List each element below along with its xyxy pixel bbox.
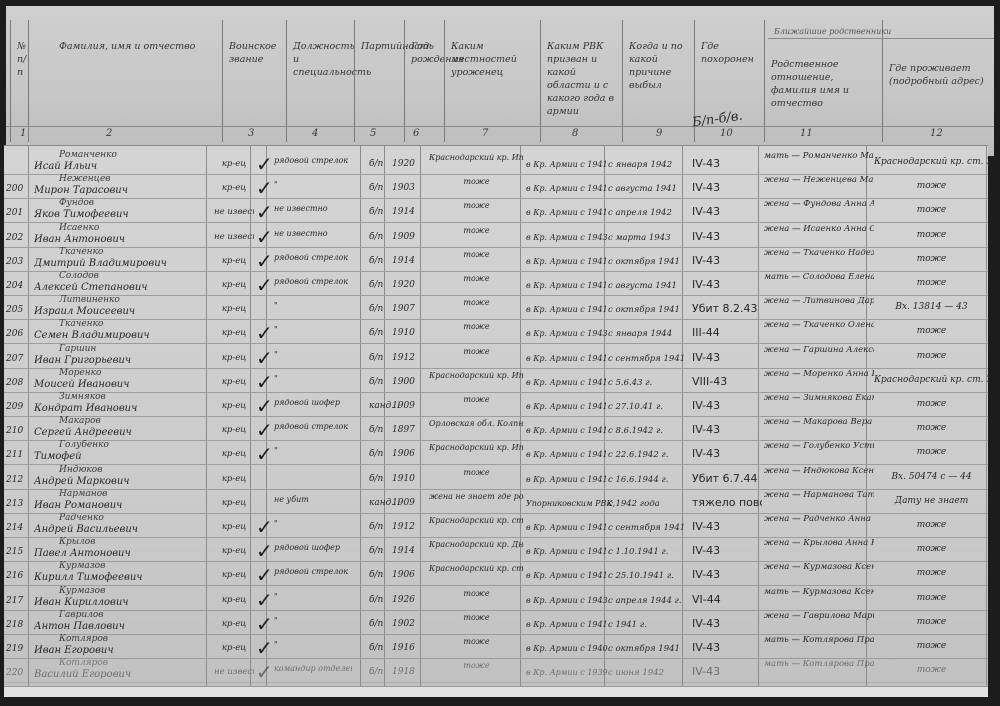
given-name: Алексей Степанович	[34, 282, 209, 293]
table-row: 204СолодовАлексей Степановичкр-ецрядовой…	[4, 271, 988, 296]
conscription: в Кр. Армии с 1941	[526, 305, 618, 314]
burial-or-fate: тяжело поводимо убит в 1942 г. Воронежск…	[692, 496, 762, 509]
military-rank: кр-ец	[214, 474, 254, 484]
check-mark-icon: ✓	[256, 321, 273, 345]
table-row: 209ЗимняковКондрат Ивановичкр-ецрядовой …	[4, 392, 988, 417]
conscription: в Кр. Армии с 1941	[526, 402, 618, 411]
check-mark-icon: ✓	[256, 660, 273, 684]
surname: Ткаченко	[59, 319, 103, 329]
relative-address: тоже	[874, 230, 989, 240]
table-row: 219КотляровИван Егоровичкр-ец"б/п1916тож…	[4, 634, 988, 659]
birthplace: Краснодарский кр. Днепровский р-н с. Ани…	[429, 540, 524, 549]
conscription: в Кр. Армии с 1941	[526, 184, 618, 193]
military-rank: кр-ец	[214, 280, 254, 290]
relative-address: тоже	[874, 423, 989, 433]
specialty: рядовой стрелок	[274, 567, 352, 576]
check-mark-icon: ✓	[256, 225, 273, 249]
birth-year: 1897	[392, 425, 430, 435]
birthplace: тоже	[429, 637, 524, 646]
dropout-date: с октября 1941	[608, 257, 688, 267]
birthplace: тоже	[429, 613, 524, 622]
header-num-4: 4	[312, 128, 318, 139]
relative-address: тоже	[874, 351, 989, 361]
sheet-bottom-edge	[4, 686, 988, 697]
conscription: в Кр. Армии с 1941	[526, 257, 618, 266]
dropout-date: с 1.10.1941 г.	[608, 547, 688, 557]
relative: мать — Романченко Марина Андреевна	[764, 151, 874, 162]
given-name: Мирон Тарасович	[34, 185, 209, 196]
dropout-date: с августа 1941	[608, 281, 688, 291]
birth-year: 1903	[392, 183, 430, 193]
relative: жена — Ткаченко Олена	[764, 320, 874, 331]
header-num-10: 10	[720, 128, 733, 139]
military-rank: кр-ец	[214, 377, 254, 387]
surname: Зимняков	[59, 392, 106, 402]
specialty: "	[274, 301, 352, 310]
relative: мать — Котлярова Прасковья	[764, 659, 874, 670]
relative: жена — Моренко Анна Романовна	[764, 369, 874, 380]
relative: жена — Крылова Анна Кирилловна	[764, 538, 874, 549]
dropout-date: с марта 1943	[608, 233, 688, 243]
military-rank: кр-ец	[214, 256, 254, 266]
relative-address: Вх. 13814 — 43	[874, 302, 989, 312]
check-mark-icon: ✓	[256, 152, 273, 176]
conscription: в Кр. Армии с 1941	[526, 450, 618, 459]
row-number: 201	[6, 208, 28, 218]
surname: Индюков	[59, 465, 102, 475]
check-mark-icon: ✓	[256, 176, 273, 200]
specialty: рядовой стрелок	[274, 277, 352, 286]
conscription: в Кр. Армии с 1941	[526, 160, 618, 169]
burial-or-fate: IV-43	[692, 617, 762, 630]
row-number: 220	[6, 668, 28, 678]
dropout-date: с 16.6.1944 г.	[608, 475, 688, 485]
birth-year: 1909	[392, 401, 430, 411]
row-number: 209	[6, 402, 28, 412]
birthplace: тоже	[429, 274, 524, 283]
burial-or-fate: IV-43	[692, 254, 762, 267]
header-col-1: № п/п	[10, 20, 28, 142]
surname: Фундов	[59, 198, 94, 208]
burial-or-fate: IV-43	[692, 665, 762, 678]
burial-or-fate: Убит 6.7.44	[692, 472, 762, 485]
relative-address: тоже	[874, 399, 989, 409]
relative-address: Краснодарский кр. ст. Засовская	[874, 375, 989, 385]
conscription: в Кр. Армии с 1943	[526, 596, 618, 605]
birthplace: Краснодарский кр. ст. Засовская	[429, 564, 524, 573]
dropout-date: с 25.10.1941 г.	[608, 571, 688, 581]
table-row: 215КрыловПавел Антоновичкр-ецрядовой шоф…	[4, 537, 988, 562]
relative-address: Вх. 50474 с — 44	[874, 472, 989, 482]
birth-year: 1906	[392, 570, 430, 580]
header-num-3: 3	[248, 128, 254, 139]
specialty: командир отделения	[274, 664, 352, 673]
check-mark-icon: ✓	[256, 370, 273, 394]
relative: мать — Курмазова Ксения Кондратьевна	[764, 587, 874, 598]
military-rank: не известно	[214, 207, 254, 217]
specialty: рядовой шофер	[274, 543, 352, 552]
conscription: Упорниковским РВК, в Кр. Армии с 1941	[526, 499, 618, 508]
birth-year: 1909	[392, 498, 430, 508]
dropout-date: с июня 1942	[608, 668, 688, 678]
relative: жена — Зимнякова Екатерина Кузьминична	[764, 393, 874, 404]
given-name: Антон Павлович	[34, 621, 209, 632]
header-num-5: 5	[370, 128, 376, 139]
birthplace: Краснодарский кр. ст. Засовская	[429, 516, 524, 525]
check-mark-icon: ✓	[256, 394, 273, 418]
row-number: 219	[6, 644, 28, 654]
specialty: "	[274, 325, 352, 334]
row-number: 205	[6, 305, 28, 315]
birth-year: 1920	[392, 280, 430, 290]
specialty: рядовой шофер	[274, 398, 352, 407]
dropout-date: с 1941 г.	[608, 620, 688, 630]
row-number: 218	[6, 620, 28, 630]
conscription: в Кр. Армии с 1941	[526, 281, 618, 290]
header-col-3: Воинское звание	[222, 20, 286, 142]
burial-or-fate: IV-43	[692, 544, 762, 557]
military-rank: кр-ец	[214, 643, 254, 653]
check-mark-icon: ✓	[256, 515, 273, 539]
table-row: 217КурмазовИван Кирилловичкр-ец"б/п1926т…	[4, 586, 988, 611]
given-name: Андрей Маркович	[34, 476, 209, 487]
header-col-6: Год рождения	[404, 20, 444, 142]
header-divider	[6, 126, 994, 127]
table-row: 208МоренкоМоисей Ивановичкр-ец"б/п1900Кр…	[4, 368, 988, 393]
relative-address: тоже	[874, 520, 989, 530]
header-num-11: 11	[800, 128, 813, 139]
header-group-relatives: Ближайшие родственники	[768, 25, 994, 39]
relative: жена — Голубенко Устинья Федоровна	[764, 441, 874, 452]
surname: Макаров	[59, 416, 101, 426]
relative-address: тоже	[874, 278, 989, 288]
header-col-7: Каким местностей уроженец	[444, 20, 540, 142]
burial-or-fate: IV-43	[692, 641, 762, 654]
table-row: 203ТкаченкоДмитрий Владимировичкр-ецрядо…	[4, 247, 988, 272]
conscription: в Кр. Армии с 1941	[526, 208, 618, 217]
military-rank: кр-ец	[214, 522, 254, 532]
header-num-7: 7	[482, 128, 488, 139]
relative-address: тоже	[874, 593, 989, 603]
specialty: не известно	[274, 204, 352, 213]
birth-year: 1914	[392, 207, 430, 217]
surname: Голубенко	[59, 440, 109, 450]
birthplace: тоже	[429, 347, 524, 356]
check-mark-icon: ✓	[256, 200, 273, 224]
dropout-date: с сентября 1941	[608, 354, 688, 364]
header-col-5: Партийность	[354, 20, 404, 142]
dropout-date: с августа 1941	[608, 184, 688, 194]
birthplace: тоже	[429, 661, 524, 670]
relative-address: тоже	[874, 447, 989, 457]
relative-address: тоже	[874, 254, 989, 264]
burial-or-fate: VIII-43	[692, 375, 762, 388]
row-number: 210	[6, 426, 28, 436]
burial-or-fate: IV-43	[692, 423, 762, 436]
relative-address: тоже	[874, 641, 989, 651]
birth-year: 1914	[392, 256, 430, 266]
birthplace: тоже	[429, 298, 524, 307]
birthplace: тоже	[429, 589, 524, 598]
surname: Романченко	[59, 150, 117, 160]
military-rank: кр-ец	[214, 328, 254, 338]
surname: Ткаченко	[59, 247, 103, 257]
table-row: 206ТкаченкоСемен Владимировичкр-ец"б/п19…	[4, 319, 988, 344]
row-number: 200	[6, 184, 28, 194]
dropout-date: с апреля 1942	[608, 208, 688, 218]
specialty: не убит	[274, 495, 352, 504]
birth-year: 1912	[392, 353, 430, 363]
check-mark-icon: ✓	[256, 588, 273, 612]
birthplace: Краснодарский кр. Ипатовский р-н ст. Зас…	[429, 443, 524, 452]
birthplace: тоже	[429, 468, 524, 477]
birth-year: 1902	[392, 619, 430, 629]
row-number: 212	[6, 475, 28, 485]
specialty: "	[274, 180, 352, 189]
given-name: Израил Моисеевич	[34, 306, 209, 317]
specialty: не известно	[274, 229, 352, 238]
check-mark-icon: ✓	[256, 273, 273, 297]
dropout-date: с 1942 года	[608, 499, 688, 509]
relative-address: тоже	[874, 205, 989, 215]
given-name: Иван Кириллович	[34, 597, 209, 608]
conscription: в Кр. Армии с 1940	[526, 644, 618, 653]
header-col-8: Каким РВК призван и какой области и с ка…	[540, 20, 622, 142]
table-row: 213НармановИван Романовичкр-ецне убиткан…	[4, 489, 988, 514]
surname: Солодов	[59, 271, 99, 281]
table-row: 200НеженцевМирон Тарасовичкр-ец"б/п1903т…	[4, 174, 988, 199]
birth-year: 1912	[392, 522, 430, 532]
surname: Неженцев	[59, 174, 111, 184]
military-rank: кр-ец	[214, 401, 254, 411]
military-rank: кр-ец	[214, 498, 254, 508]
military-rank: не известно	[214, 232, 254, 242]
birthplace: Краснодарский кр. Ипатовский р-н ст. Зас…	[429, 153, 524, 162]
birthplace: тоже	[429, 395, 524, 404]
birth-year: 1900	[392, 377, 430, 387]
surname: Радченко	[59, 513, 104, 523]
military-rank: кр-ец	[214, 353, 254, 363]
military-rank: кр-ец	[214, 183, 254, 193]
burial-or-fate: IV-43	[692, 181, 762, 194]
birthplace: тоже	[429, 322, 524, 331]
given-name: Андрей Васильевич	[34, 524, 209, 535]
relative-address: тоже	[874, 568, 989, 578]
header-num-6: 6	[413, 128, 419, 139]
table-row: 201ФундовЯков Тимофеевичне известноне из…	[4, 198, 988, 223]
military-rank: кр-ец	[214, 570, 254, 580]
birthplace: тоже	[429, 250, 524, 259]
military-rank: кр-ец	[214, 546, 254, 556]
surname: Котляров	[59, 658, 108, 668]
conscription: в Кр. Армии с 1943	[526, 233, 618, 242]
given-name: Сергей Андреевич	[34, 427, 209, 438]
conscription: в Кр. Армии с 1941	[526, 523, 618, 532]
specialty: "	[274, 592, 352, 601]
burial-or-fate: IV-43	[692, 447, 762, 460]
surname: Котляров	[59, 634, 108, 644]
relative: жена — Нарманова Татьяна Андреевна	[764, 490, 874, 501]
header-col-9: Когда и по какой причине выбыл	[622, 20, 694, 142]
check-mark-icon: ✓	[256, 563, 273, 587]
given-name: Тимофей	[34, 451, 209, 462]
burial-or-fate: III-44	[692, 326, 762, 339]
relative: жена — Радченко Анна Степановна	[764, 514, 874, 525]
dropout-date: с 8.6.1942 г.	[608, 426, 688, 436]
relative-address: тоже	[874, 544, 989, 554]
table-row: 205ЛитвиненкоИзраил Моисеевичкр-ец"б/п19…	[4, 295, 988, 320]
dropout-date: с апреля 1944 г.	[608, 596, 688, 606]
relative-address: тоже	[874, 326, 989, 336]
relative-address: тоже	[874, 665, 989, 675]
burial-or-fate: IV-43	[692, 568, 762, 581]
row-number: 207	[6, 354, 28, 364]
check-mark-icon: ✓	[256, 612, 273, 636]
relative: жена — Гаврилова Мария	[764, 611, 874, 622]
table-row: 220КотляровВасилий Егоровичне известноко…	[4, 658, 988, 683]
birthplace: тоже	[429, 201, 524, 210]
surname: Крылов	[59, 537, 95, 547]
burial-or-fate: IV-43	[692, 205, 762, 218]
dropout-date: с сентября 1941	[608, 523, 688, 533]
birth-year: 1907	[392, 304, 430, 314]
relative: жена — Индюкова Ксения Игнатьевна	[764, 466, 874, 477]
birthplace: Краснодарский кр. Ипатовский р-н ст. Зас…	[429, 371, 524, 380]
birth-year: 1914	[392, 546, 430, 556]
table-row: 216КурмазовКирилл Тимофеевичкр-ецрядовой…	[4, 561, 988, 586]
check-mark-icon: ✓	[256, 539, 273, 563]
conscription: в Кр. Армии с 1941	[526, 547, 618, 556]
relative: жена — Курмазова Ксения Кондратьевна	[764, 562, 874, 573]
military-rank: кр-ец	[214, 449, 254, 459]
row-number: 208	[6, 378, 28, 388]
given-name: Яков Тимофеевич	[34, 209, 209, 220]
dropout-date: с октября 1941	[608, 644, 688, 654]
relative: мать — Котлярова Прасковья	[764, 635, 874, 646]
burial-or-fate: IV-43	[692, 399, 762, 412]
surname: Гаврилов	[59, 610, 104, 620]
specialty: "	[274, 350, 352, 359]
birth-year: 1920	[392, 159, 430, 169]
specialty: рядовой стрелок	[274, 156, 352, 165]
given-name: Кондрат Иванович	[34, 403, 209, 414]
military-rank: кр-ец	[214, 595, 254, 605]
specialty: "	[274, 616, 352, 625]
birth-year: 1910	[392, 474, 430, 484]
row-number: 203	[6, 257, 28, 267]
surname: Курмазов	[59, 561, 105, 571]
surname: Курмазов	[59, 586, 105, 596]
row-number: 214	[6, 523, 28, 533]
row-number: 217	[6, 596, 28, 606]
header-num-8: 8	[572, 128, 578, 139]
surname: Гаршин	[59, 344, 96, 354]
given-name: Василий Егорович	[34, 669, 209, 680]
birth-year: 1909	[392, 232, 430, 242]
military-rank: не известно	[214, 667, 254, 677]
conscription: в Кр. Армии с 1941	[526, 354, 618, 363]
birth-year: 1926	[392, 595, 430, 605]
birth-year: 1906	[392, 449, 430, 459]
header-col-2: Фамилия, имя и отчество	[28, 20, 222, 142]
conscription: в Кр. Армии с 1941	[526, 378, 618, 387]
check-mark-icon: ✓	[256, 418, 273, 442]
military-rank: кр-ец	[214, 425, 254, 435]
header-num-2: 2	[106, 128, 112, 139]
row-number: 216	[6, 571, 28, 581]
burial-or-fate: IV-43	[692, 351, 762, 364]
birth-year: 1916	[392, 643, 430, 653]
relative: мать — Солодова Елена	[764, 272, 874, 283]
relative-address: тоже	[874, 181, 989, 191]
burial-or-fate: IV-43	[692, 157, 762, 170]
birth-year: 1910	[392, 328, 430, 338]
burial-or-fate: Убит 8.2.43	[692, 302, 762, 315]
check-mark-icon: ✓	[256, 249, 273, 273]
military-rank: кр-ец	[214, 619, 254, 629]
table-row: 202ИсаенкоИван Антоновичне известноне из…	[4, 223, 988, 248]
dropout-date: с 27.10.41 г.	[608, 402, 688, 412]
table-row: 212ИндюковАндрей Марковичкр-ецб/п1910тож…	[4, 465, 988, 490]
row-number: 202	[6, 233, 28, 243]
specialty: "	[274, 446, 352, 455]
conscription: в Кр. Армии с 1941	[526, 426, 618, 435]
conscription: в Кр. Армии с 1943	[526, 329, 618, 338]
military-rank: кр-ец	[214, 159, 254, 169]
surname: Исаенко	[59, 223, 99, 233]
check-mark-icon: ✓	[256, 442, 273, 466]
birthplace: жена не знает где родом муж	[429, 492, 524, 501]
relative-address: тоже	[874, 617, 989, 627]
header-num-12: 12	[930, 128, 943, 139]
given-name: Иван Егорович	[34, 645, 209, 656]
dropout-date: с января 1942	[608, 160, 688, 170]
given-name: Моисей Иванович	[34, 379, 209, 390]
table-row: 211ГолубенкоТимофейкр-ец"б/п1906Краснода…	[4, 440, 988, 465]
row-number: 204	[6, 281, 28, 291]
row-number: 206	[6, 329, 28, 339]
conscription: в Кр. Армии с 1939	[526, 668, 618, 677]
specialty: "	[274, 374, 352, 383]
burial-or-fate: VI-44	[692, 593, 762, 606]
birthplace: Орловская обл. Колпнянский р-н с. Братен…	[429, 419, 524, 428]
conscription: в Кр. Армии с 1941	[526, 475, 618, 484]
dropout-date: с 22.6.1942 г.	[608, 450, 688, 460]
row-number: 211	[6, 450, 28, 460]
given-name: Семен Владимирович	[34, 330, 209, 341]
given-name: Иван Антонович	[34, 234, 209, 245]
table-row: РоманченкоИсай Ильичкр-ецрядовой стрелок…	[4, 150, 988, 175]
row-number: 213	[6, 499, 28, 509]
check-mark-icon: ✓	[256, 346, 273, 370]
birth-year: 1918	[392, 667, 430, 677]
row-number: 215	[6, 547, 28, 557]
surname: Моренко	[59, 368, 101, 378]
relative: жена — Литвинова Дарья Игнатьевна	[764, 296, 874, 307]
header-num-9: 9	[656, 128, 662, 139]
dropout-date: с января 1944	[608, 329, 688, 339]
relative: жена — Фундова Анна Андреевна	[764, 199, 874, 210]
given-name: Кирилл Тимофеевич	[34, 572, 209, 583]
given-name: Павел Антонович	[34, 548, 209, 559]
dropout-date: с 5.6.43 г.	[608, 378, 688, 388]
table-row: 210МакаровСергей Андреевичкр-ецрядовой с…	[4, 416, 988, 441]
burial-or-fate: IV-43	[692, 230, 762, 243]
relative-address: Дату не знает	[874, 496, 989, 506]
dropout-date: с октября 1941	[608, 305, 688, 315]
burial-or-fate: IV-43	[692, 278, 762, 291]
given-name: Исай Ильич	[34, 161, 209, 172]
